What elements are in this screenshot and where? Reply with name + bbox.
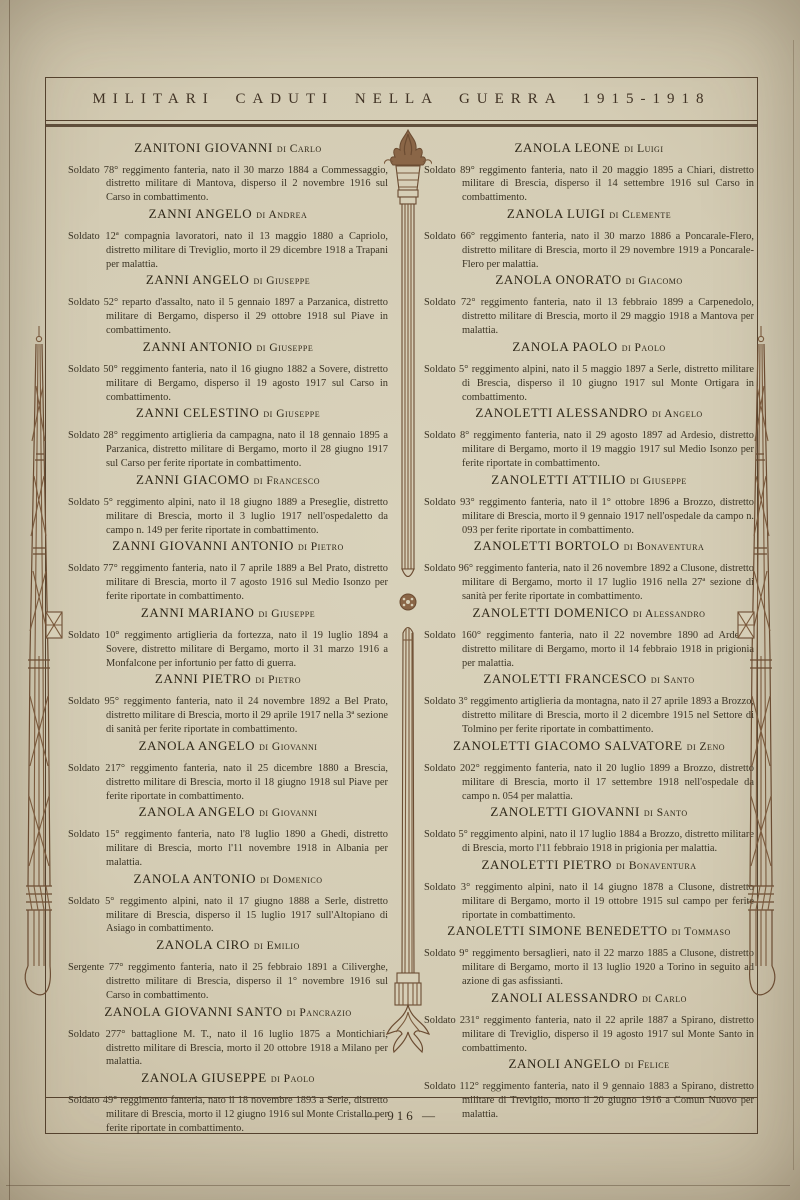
soldier-patronymic: di Alessandro (633, 608, 706, 620)
soldier-name: ZANOLETTI BORTOLO (474, 538, 620, 553)
soldier-name: ZANOLA GIUSEPPE (141, 1070, 267, 1085)
soldier-record: Soldato 231° reggimento fanteria, nato i… (424, 1014, 754, 1055)
soldier-patronymic: di Giovanni (259, 741, 317, 753)
soldier-name-heading: ZANOLETTI DOMENICO di Alessandro (424, 604, 754, 622)
soldier-name: ZANOLETTI GIOVANNI (490, 804, 640, 819)
soldier-patronymic: di Bonaventura (616, 860, 697, 872)
soldier-entry: ZANNI CELESTINO di Giuseppe Soldato 28° … (68, 404, 388, 470)
soldier-record: Soldato 5° reggimento alpini, nato il 17… (424, 828, 754, 856)
soldier-name: ZANOLETTI PIETRO (481, 857, 612, 872)
soldier-patronymic: di Pietro (298, 541, 344, 553)
soldier-record: Soldato 77° reggimento fanteria, nato il… (68, 562, 388, 603)
soldier-patronymic: di Francesco (254, 475, 320, 487)
soldier-name-heading: ZANNI GIOVANNI ANTONIO di Pietro (68, 537, 388, 555)
soldier-entry: ZANOLETTI PIETRO di Bonaventura Soldato … (424, 856, 754, 922)
soldier-name-heading: ZANNI GIACOMO di Francesco (68, 471, 388, 489)
soldier-patronymic: di Santo (651, 674, 695, 686)
soldier-entry: ZANOLETTI ATTILIO di Giuseppe Soldato 93… (424, 471, 754, 537)
soldier-name: ZANOLA ANTONIO (133, 871, 256, 886)
soldier-patronymic: di Santo (644, 807, 688, 819)
sheet-edge (9, 0, 10, 1200)
soldier-entry: ZANOLI ALESSANDRO di Carlo Soldato 231° … (424, 989, 754, 1055)
soldier-name: ZANNI CELESTINO (136, 405, 259, 420)
soldier-name-heading: ZANOLA ANTONIO di Domenico (68, 870, 388, 888)
soldier-name: ZANOLETTI DOMENICO (473, 605, 629, 620)
soldier-record: Soldato 66° reggimento fanteria, nato il… (424, 230, 754, 271)
column-right: ZANOLA LEONE di Luigi Soldato 89° reggim… (424, 139, 754, 1102)
soldier-patronymic: di Luigi (624, 143, 663, 155)
soldier-patronymic: di Pietro (255, 674, 301, 686)
soldier-name: ZANNI ANTONIO (143, 339, 253, 354)
soldier-record: Soldato 8° reggimento fanteria, nato il … (424, 429, 754, 470)
soldier-entry: ZANNI ANGELO di Andrea Soldato 12ª compa… (68, 205, 388, 271)
scanned-book-page: MILITARI CADUTI NELLA GUERRA 1915-1918 Z… (0, 0, 800, 1200)
soldier-name-heading: ZANOLA CIRO di Emilio (68, 936, 388, 954)
soldier-entry: ZANNI GIOVANNI ANTONIO di Pietro Soldato… (68, 537, 388, 603)
soldier-entry: ZANNI PIETRO di Pietro Soldato 95° reggi… (68, 670, 388, 736)
soldier-name: ZANOLETTI GIACOMO SALVATORE (453, 738, 683, 753)
soldier-patronymic: di Clemente (609, 209, 671, 221)
soldier-entry: ZANNI MARIANO di Giuseppe Soldato 10° re… (68, 604, 388, 670)
soldier-record: Soldato 202° reggimento fanteria, nato i… (424, 762, 754, 803)
soldier-name: ZANOLA ONORATO (495, 272, 621, 287)
soldier-patronymic: di Giuseppe (253, 275, 310, 287)
soldier-name: ZANOLA PAOLO (512, 339, 617, 354)
soldier-name-heading: ZANOLA ANGELO di Giovanni (68, 737, 388, 755)
soldier-record: Sergente 77° reggimento fanteria, nato i… (68, 961, 388, 1002)
soldier-record: Soldato 50° reggimento fanteria, nato il… (68, 363, 388, 404)
soldier-patronymic: di Bonaventura (624, 541, 705, 553)
soldier-entry: ZANOLA GIOVANNI SANTO di Pancrazio Solda… (68, 1003, 388, 1069)
soldier-record: Soldato 72° reggimento fanteria, nato il… (424, 296, 754, 337)
soldier-name: ZANNI GIACOMO (136, 472, 250, 487)
soldier-name: ZANOLA ANGELO (139, 738, 256, 753)
soldier-patronymic: di Giovanni (259, 807, 317, 819)
soldier-record: Soldato 217° reggimento fanteria, nato i… (68, 762, 388, 803)
title-band: MILITARI CADUTI NELLA GUERRA 1915-1918 (46, 78, 757, 121)
soldier-name: ZANOLA CIRO (156, 937, 250, 952)
soldier-name-heading: ZANOLETTI ALESSANDRO di Angelo (424, 404, 754, 422)
entries-area: ZANITONI GIOVANNI di Carlo Soldato 78° r… (46, 127, 757, 1102)
soldier-name-heading: ZANOLETTI BORTOLO di Bonaventura (424, 537, 754, 555)
soldier-entry: ZANOLETTI GIACOMO SALVATORE di Zeno Sold… (424, 737, 754, 803)
soldier-name-heading: ZANOLETTI PIETRO di Bonaventura (424, 856, 754, 874)
soldier-name-heading: ZANOLA LEONE di Luigi (424, 139, 754, 157)
soldier-patronymic: di Domenico (260, 874, 322, 886)
soldier-entry: ZANOLETTI BORTOLO di Bonaventura Soldato… (424, 537, 754, 603)
soldier-entry: ZANNI ANGELO di Giuseppe Soldato 52° rep… (68, 271, 388, 337)
soldier-name: ZANOLETTI SIMONE BENEDETTO (447, 923, 667, 938)
soldier-name-heading: ZANOLETTI ATTILIO di Giuseppe (424, 471, 754, 489)
soldier-name-heading: ZANNI ANGELO di Giuseppe (68, 271, 388, 289)
soldier-entry: ZANOLA CIRO di Emilio Sergente 77° reggi… (68, 936, 388, 1002)
soldier-patronymic: di Angelo (652, 408, 703, 420)
page-number: — 916 — (365, 1108, 438, 1124)
soldier-patronymic: di Giuseppe (630, 475, 687, 487)
soldier-name: ZANOLA LUIGI (507, 206, 606, 221)
soldier-record: Soldato 93° reggimento fanteria, nato il… (424, 496, 754, 537)
soldier-entry: ZANOLETTI GIOVANNI di Santo Soldato 5° r… (424, 803, 754, 856)
soldier-entry: ZANOLA ONORATO di Giacomo Soldato 72° re… (424, 271, 754, 337)
page-frame: MILITARI CADUTI NELLA GUERRA 1915-1918 Z… (45, 77, 758, 1134)
soldier-name-heading: ZANNI PIETRO di Pietro (68, 670, 388, 688)
soldier-record: Soldato 12ª compagnia lavoratori, nato i… (68, 230, 388, 271)
soldier-name: ZANNI PIETRO (155, 671, 251, 686)
soldier-record: Soldato 5° reggimento alpini, nato il 18… (68, 496, 388, 537)
soldier-name-heading: ZANOLA ANGELO di Giovanni (68, 803, 388, 821)
soldier-entry: ZANOLETTI FRANCESCO di Santo Soldato 3° … (424, 670, 754, 736)
soldier-record: Soldato 96° reggimento fanteria, nato il… (424, 562, 754, 603)
soldier-entry: ZANITONI GIOVANNI di Carlo Soldato 78° r… (68, 139, 388, 205)
soldier-patronymic: di Andrea (256, 209, 307, 221)
soldier-record: Soldato 28° reggimento artiglieria da ca… (68, 429, 388, 470)
soldier-patronymic: di Pancrazio (287, 1007, 352, 1019)
soldier-patronymic: di Paolo (271, 1073, 315, 1085)
soldier-patronymic: di Giuseppe (263, 408, 320, 420)
soldier-entry: ZANOLA LUIGI di Clemente Soldato 66° reg… (424, 205, 754, 271)
soldier-name-heading: ZANOLA GIUSEPPE di Paolo (68, 1069, 388, 1087)
soldier-name: ZANOLETTI ALESSANDRO (475, 405, 648, 420)
soldier-entry: ZANNI ANTONIO di Giuseppe Soldato 50° re… (68, 338, 388, 404)
soldier-record: Soldato 95° reggimento fanteria, nato il… (68, 695, 388, 736)
soldier-patronymic: di Giuseppe (257, 342, 314, 354)
soldier-record: Soldato 10° reggimento artiglieria da fo… (68, 629, 388, 670)
soldier-name-heading: ZANOLA PAOLO di Paolo (424, 338, 754, 356)
header-rule (46, 124, 757, 127)
soldier-name-heading: ZANNI MARIANO di Giuseppe (68, 604, 388, 622)
soldier-record: Soldato 5° reggimento alpini, nato il 17… (68, 895, 388, 936)
soldier-name: ZANNI GIOVANNI ANTONIO (112, 538, 294, 553)
soldier-record: Soldato 160° reggimento fanteria, nato i… (424, 629, 754, 670)
soldier-entry: ZANOLA LEONE di Luigi Soldato 89° reggim… (424, 139, 754, 205)
soldier-name-heading: ZANOLI ANGELO di Felice (424, 1055, 754, 1073)
soldier-patronymic: di Paolo (622, 342, 666, 354)
soldier-record: Soldato 5° reggimento alpini, nato il 5 … (424, 363, 754, 404)
soldier-entry: ZANNI GIACOMO di Francesco Soldato 5° re… (68, 471, 388, 537)
soldier-entry: ZANOLA ANGELO di Giovanni Soldato 217° r… (68, 737, 388, 803)
soldier-name-heading: ZANOLETTI GIOVANNI di Santo (424, 803, 754, 821)
soldier-name-heading: ZANOLA GIOVANNI SANTO di Pancrazio (68, 1003, 388, 1021)
column-left: ZANITONI GIOVANNI di Carlo Soldato 78° r… (68, 139, 388, 1102)
soldier-entry: ZANOLA ANGELO di Giovanni Soldato 15° re… (68, 803, 388, 869)
soldier-name-heading: ZANOLETTI FRANCESCO di Santo (424, 670, 754, 688)
soldier-name-heading: ZANNI CELESTINO di Giuseppe (68, 404, 388, 422)
soldier-name: ZANOLI ALESSANDRO (491, 990, 638, 1005)
soldier-patronymic: di Carlo (277, 143, 322, 155)
soldier-name-heading: ZANNI ANGELO di Andrea (68, 205, 388, 223)
soldier-name: ZANOLETTI ATTILIO (491, 472, 626, 487)
soldier-record: Soldato 89° reggimento fanteria, nato il… (424, 164, 754, 205)
soldier-name: ZANNI ANGELO (146, 272, 250, 287)
soldier-name: ZANNI ANGELO (149, 206, 253, 221)
soldier-patronymic: di Felice (625, 1059, 670, 1071)
soldier-entry: ZANOLETTI SIMONE BENEDETTO di Tommaso So… (424, 922, 754, 988)
soldier-name: ZANOLETTI FRANCESCO (483, 671, 646, 686)
soldier-entry: ZANOLA ANTONIO di Domenico Soldato 5° re… (68, 870, 388, 936)
soldier-name: ZANOLI ANGELO (508, 1056, 620, 1071)
soldier-record: Soldato 9° reggimento bersaglieri, nato … (424, 947, 754, 988)
soldier-patronymic: di Tommaso (672, 926, 731, 938)
soldier-record: Soldato 52° reparto d'assalto, nato il 5… (68, 296, 388, 337)
soldier-entry: ZANOLETTI ALESSANDRO di Angelo Soldato 8… (424, 404, 754, 470)
soldier-record: Soldato 3° reggimento alpini, nato il 14… (424, 881, 754, 922)
soldier-name: ZANOLA LEONE (514, 140, 620, 155)
soldier-record: Soldato 15° reggimento fanteria, nato l'… (68, 828, 388, 869)
soldier-patronymic: di Zeno (687, 741, 725, 753)
soldier-patronymic: di Emilio (254, 940, 300, 952)
soldier-name: ZANOLA ANGELO (139, 804, 256, 819)
sheet-edge (6, 1185, 790, 1186)
soldier-name-heading: ZANOLA LUIGI di Clemente (424, 205, 754, 223)
soldier-record: Soldato 78° reggimento fanteria, nato il… (68, 164, 388, 205)
soldier-name: ZANNI MARIANO (141, 605, 255, 620)
soldier-name-heading: ZANOLA ONORATO di Giacomo (424, 271, 754, 289)
footer-band: — 916 — (45, 1097, 758, 1134)
soldier-record: Soldato 3° reggimento artiglieria da mon… (424, 695, 754, 736)
soldier-name-heading: ZANOLETTI SIMONE BENEDETTO di Tommaso (424, 922, 754, 940)
soldier-patronymic: di Carlo (642, 993, 687, 1005)
soldier-patronymic: di Giacomo (626, 275, 683, 287)
soldier-entry: ZANOLETTI DOMENICO di Alessandro Soldato… (424, 604, 754, 670)
soldier-name-heading: ZANOLI ALESSANDRO di Carlo (424, 989, 754, 1007)
soldier-record: Soldato 277° battaglione M. T., nato il … (68, 1028, 388, 1069)
soldier-name-heading: ZANITONI GIOVANNI di Carlo (68, 139, 388, 157)
soldier-name-heading: ZANNI ANTONIO di Giuseppe (68, 338, 388, 356)
soldier-patronymic: di Giuseppe (258, 608, 315, 620)
soldier-entry: ZANOLA PAOLO di Paolo Soldato 5° reggime… (424, 338, 754, 404)
soldier-name-heading: ZANOLETTI GIACOMO SALVATORE di Zeno (424, 737, 754, 755)
page-title: MILITARI CADUTI NELLA GUERRA 1915-1918 (92, 91, 710, 108)
soldier-name: ZANOLA GIOVANNI SANTO (104, 1004, 282, 1019)
sheet-edge (793, 40, 794, 1170)
soldier-name: ZANITONI GIOVANNI (134, 140, 273, 155)
